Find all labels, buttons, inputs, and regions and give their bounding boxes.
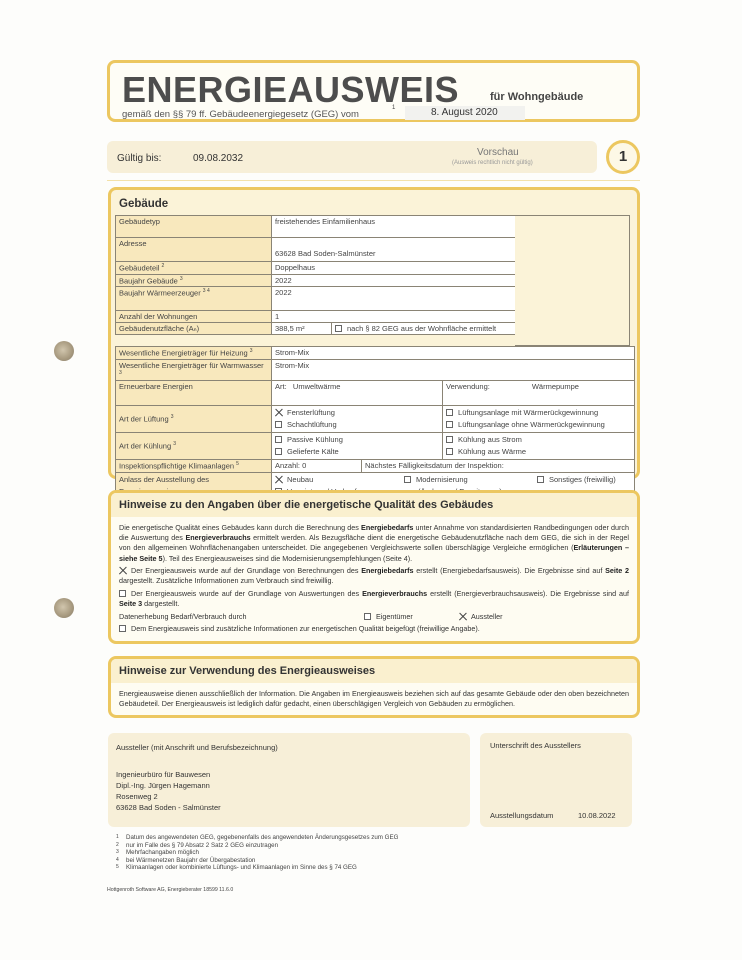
validity-strip: Gültig bis: 09.08.2032 Vorschau (Ausweis… — [107, 141, 597, 173]
footnote-ref: 3 — [119, 370, 122, 376]
option-additional-info[interactable]: Dem Energieausweis sind zusätzliche Info… — [119, 624, 629, 634]
building-table: Gebäudetypfreistehendes EinfamilienhausA… — [115, 215, 517, 335]
footnote: 5Klimaanlagen oder kombinierte Lüftungs-… — [116, 864, 357, 871]
row-value: Doppelhaus — [272, 262, 517, 275]
preview-label: Vorschau — [477, 147, 519, 158]
area-method-checkbox[interactable] — [335, 325, 342, 332]
row-value: 388,5 m² — [272, 323, 332, 335]
building-systems-table: Wesentliche Energieträger für Heizung 3S… — [115, 346, 635, 500]
document-title: ENERGIEAUSWEIS — [122, 69, 459, 111]
footnote-ref: 3 — [250, 348, 253, 354]
owner-checkbox[interactable] — [364, 613, 371, 620]
table-row: Adresse63628 Bad Soden-Salmünster — [116, 238, 517, 262]
row-value: 1 — [272, 311, 517, 323]
building-photo-placeholder — [515, 215, 630, 346]
footnote: 1Datum des angewendeten GEG, gegebenenfa… — [116, 834, 398, 841]
cooling-delivered-checkbox[interactable] — [275, 448, 282, 455]
footnote-ref: 5 — [236, 461, 239, 467]
section-title: Hinweise zur Verwendung des Energieauswe… — [119, 665, 375, 677]
footnote: 4bei Wärmenetzen Baujahr der Übergabesta… — [116, 857, 255, 864]
consumption-checkbox[interactable] — [119, 590, 126, 597]
issuer-address: Ingenieurbüro für BauwesenDipl.-Ing. Jür… — [116, 769, 221, 813]
issuer-checkbox[interactable] — [459, 613, 466, 620]
footnote: 3Mehrfachangaben möglich — [116, 849, 199, 856]
row-label: Gebäudeteil 2 — [116, 262, 272, 275]
table-row: Baujahr Gebäude 32022 — [116, 274, 517, 287]
table-row: Gebäudetypfreistehendes Einfamilienhaus — [116, 216, 517, 238]
cooling-heat-checkbox[interactable] — [446, 448, 453, 455]
table-row: Baujahr Wärmeerzeuger 3 42022 — [116, 287, 517, 311]
row-value: freistehendes Einfamilienhaus — [272, 216, 517, 238]
row-value: 2022 — [272, 287, 517, 311]
footnote-ref: 3 4 — [203, 288, 210, 294]
building-section: Gebäude Gebäudetypfreistehendes Einfamil… — [108, 187, 640, 479]
quality-hints-section: Hinweise zu den Angaben über die energet… — [108, 490, 640, 644]
usage-text: Energieausweise dienen ausschließlich de… — [119, 689, 629, 709]
section-title: Gebäude — [119, 198, 168, 210]
document-header: ENERGIEAUSWEIS für Wohngebäude gemäß den… — [107, 60, 640, 122]
law-reference: gemäß den §§ 79 ff. Gebäudeenergiegesetz… — [122, 109, 359, 120]
ventilation-window-checkbox[interactable] — [275, 409, 282, 416]
cooling-electric-checkbox[interactable] — [446, 436, 453, 443]
address-line: Dipl.-Ing. Jürgen Hagemann — [116, 780, 221, 791]
software-credit: Hottgenroth Software AG, Energieberater … — [107, 887, 233, 893]
option-consumption-certificate[interactable]: Der Energieausweis wurde auf der Grundla… — [119, 589, 629, 609]
ventilation-shaft-checkbox[interactable] — [275, 421, 282, 428]
hints-intro: Die energetische Qualität eines Gebäudes… — [119, 523, 629, 564]
table-row: Gebäudenutzfläche (Aₙ)388,5 m²nach § 82 … — [116, 323, 517, 335]
table-row: Wesentliche Energieträger für Warmwasser… — [116, 359, 635, 381]
row-value: 63628 Bad Soden-Salmünster — [272, 238, 517, 262]
table-row: Art der Lüftung 3FensterlüftungSchachtlü… — [116, 406, 635, 433]
usage-hints-section: Hinweise zur Verwendung des Energieauswe… — [108, 656, 640, 718]
row-value: Strom-Mix — [272, 359, 635, 381]
section-title: Hinweise zu den Angaben über die energet… — [119, 499, 493, 511]
address-line: 63628 Bad Soden - Salmünster — [116, 802, 221, 813]
valid-until-label: Gültig bis: — [117, 153, 161, 164]
row-extra: nach § 82 GEG aus der Wohnfläche ermitte… — [332, 323, 517, 335]
cooling-passive-checkbox[interactable] — [275, 436, 282, 443]
valid-until-date: 09.08.2032 — [193, 153, 243, 164]
footnote-ref: 3 — [171, 414, 174, 420]
row-label: Wesentliche Energieträger für Heizung 3 — [116, 347, 272, 360]
row-label: Adresse — [116, 238, 272, 262]
row-label: Baujahr Wärmeerzeuger 3 4 — [116, 287, 272, 311]
signature-box: Unterschrift des Ausstellers Ausstellung… — [480, 733, 632, 827]
signature-label: Unterschrift des Ausstellers — [490, 741, 581, 750]
demand-checkbox[interactable] — [119, 567, 126, 574]
preview-note: (Ausweis rechtlich nicht gültig) — [452, 160, 533, 166]
table-row: Wesentliche Energieträger für Heizung 3S… — [116, 347, 635, 360]
divider — [107, 180, 640, 181]
row-label: Baujahr Gebäude 3 — [116, 274, 272, 287]
footnote-ref: 3 — [173, 441, 176, 447]
table-row: Gebäudeteil 2Doppelhaus — [116, 262, 517, 275]
issue-date-label: Ausstellungsdatum — [490, 811, 553, 820]
ventilation-nohr-checkbox[interactable] — [446, 421, 453, 428]
row-label: Gebäudetyp — [116, 216, 272, 238]
punch-hole-bottom — [54, 598, 74, 618]
row-label: Wesentliche Energieträger für Warmwasser… — [116, 359, 272, 381]
footnote: 2nur im Falle des § 79 Absatz 2 Satz 2 G… — [116, 842, 278, 849]
table-row: Art der Kühlung 3Passive KühlungGeliefer… — [116, 433, 635, 460]
issuer-box: Aussteller (mit Anschrift und Berufsbeze… — [108, 733, 470, 827]
table-row: Erneuerbare EnergienArt: UmweltwärmeVerw… — [116, 381, 635, 406]
table-row: Anzahl der Wohnungen1 — [116, 311, 517, 323]
punch-hole-top — [54, 341, 74, 361]
document-subtitle: für Wohngebäude — [490, 91, 583, 103]
data-collection-row: Datenerhebung Bedarf/Verbrauch durchEige… — [119, 612, 629, 622]
address-line: Rosenweg 2 — [116, 791, 221, 802]
row-value: Strom-Mix — [272, 347, 635, 360]
page-number-badge: 1 — [606, 140, 640, 174]
row-label: Anzahl der Wohnungen — [116, 311, 272, 323]
reason-other-checkbox[interactable] — [537, 476, 544, 483]
reason-modernisation-checkbox[interactable] — [404, 476, 411, 483]
law-date: 8. August 2020 — [405, 106, 525, 120]
reason-new-building-checkbox[interactable] — [275, 476, 282, 483]
row-value: 2022 — [272, 274, 517, 287]
footnote-ref: 2 — [162, 263, 165, 269]
issue-date-value: 10.08.2022 — [578, 811, 616, 820]
ventilation-hr-checkbox[interactable] — [446, 409, 453, 416]
issuer-label: Aussteller (mit Anschrift und Berufsbeze… — [116, 743, 278, 752]
row-label: Gebäudenutzfläche (Aₙ) — [116, 323, 272, 335]
table-row: Inspektionspflichtige Klimaanlagen 5Anza… — [116, 460, 635, 473]
option-demand-certificate[interactable]: Der Energieausweis wurde auf der Grundla… — [119, 566, 629, 586]
footnote-ref: 3 — [180, 276, 183, 282]
law-footnote-marker: 1 — [392, 105, 395, 111]
address-line: Ingenieurbüro für Bauwesen — [116, 769, 221, 780]
additional-info-checkbox[interactable] — [119, 625, 126, 632]
